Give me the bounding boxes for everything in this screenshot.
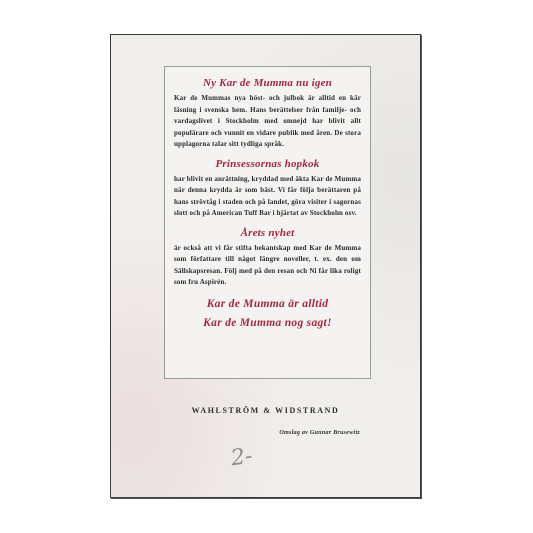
- publisher-name: WAHLSTRÖM & WIDSTRAND: [111, 406, 420, 415]
- handwritten-price-mark: 2-: [229, 444, 254, 472]
- section-body-princesses: har blivit en anrättning, kryddad med äk…: [174, 174, 361, 220]
- section-body-year-news: är också att vi får stifta bekantskap me…: [174, 243, 361, 289]
- blurb-panel: Ny Kar de Mumma nu igen Kar de Mummas ny…: [164, 66, 371, 379]
- section-heading-new-book: Ny Kar de Mumma nu igen: [174, 77, 361, 89]
- slogan-line-1: Kar de Mumma är alltid: [174, 296, 361, 313]
- book-back-cover: Ny Kar de Mumma nu igen Kar de Mummas ny…: [110, 34, 421, 498]
- section-body-new-book: Kar de Mummas nya höst- och julbok är al…: [174, 93, 361, 151]
- slogan-line-2: Kar de Mumma nog sagt!: [174, 315, 361, 332]
- section-heading-year-news: Årets nyhet: [174, 227, 361, 239]
- cover-credit: Omslag av Gunnar Brusewitz: [279, 429, 360, 436]
- section-heading-princesses: Prinsessornas hopkok: [174, 158, 361, 170]
